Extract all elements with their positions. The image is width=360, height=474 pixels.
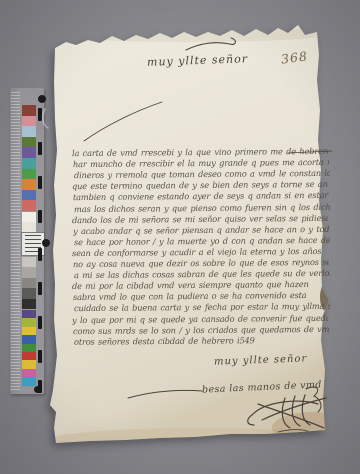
- manuscript-line: dando los de mi señora se mi señor quiso…: [72, 212, 328, 224]
- faint-backing-mark: [43, 109, 48, 128]
- manuscript-line: y lo que por mi q se quede ya cansado de…: [72, 312, 328, 324]
- archival-photo: muy yllte señor 368 la carta de vmd rres…: [0, 0, 360, 474]
- bottom-stain: [50, 428, 350, 452]
- bottom-right-stain: [272, 412, 352, 444]
- manuscript-line: mas los dichos seran y que pienso como f…: [74, 201, 330, 213]
- manuscript-line: sean de conformarse y acudir a el viejo …: [72, 246, 321, 258]
- manuscript-line: y acabo andar q se señor piensan q andar…: [73, 224, 329, 236]
- top-edge-toning: [50, 26, 330, 42]
- manuscript-line: como sus mrds se lo son / y los criados …: [73, 323, 329, 335]
- manuscript-line: otros señores desta cibdad de hebrero i5…: [74, 335, 255, 347]
- manuscript-line: se hace por honor / y la muerte yo d con…: [74, 235, 330, 247]
